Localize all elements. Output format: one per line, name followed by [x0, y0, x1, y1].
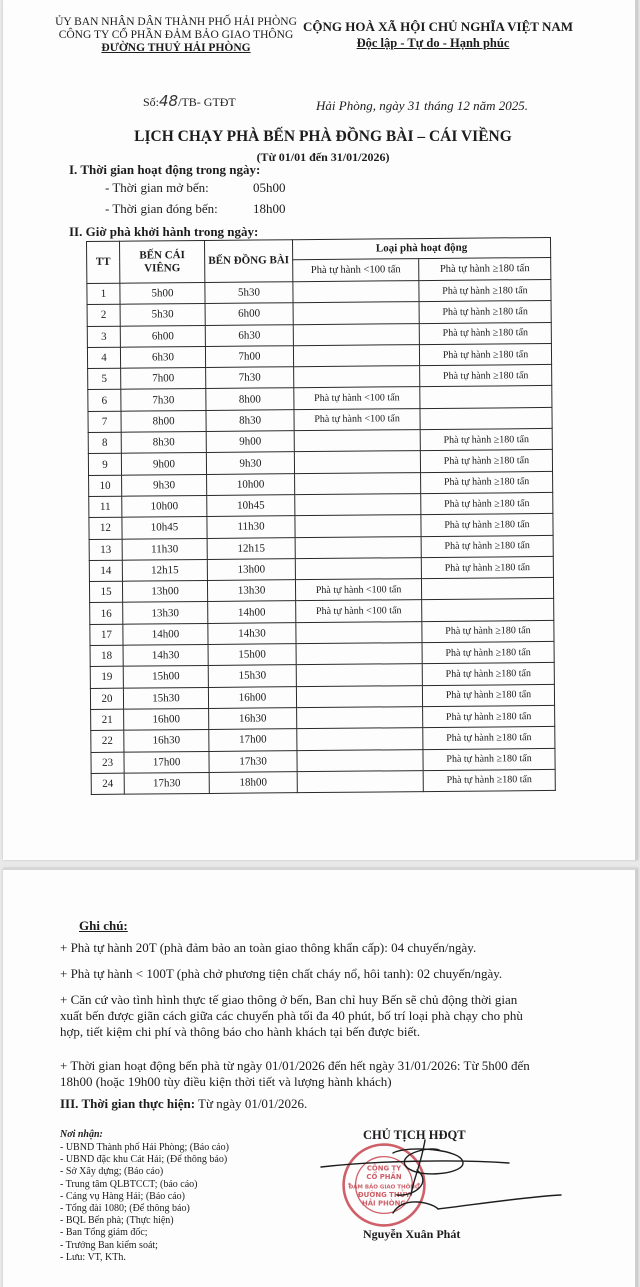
cell-tt: 24 — [91, 773, 124, 795]
document-page-2: Ghi chú: + Phà tự hành 20T (phà đảm bảo … — [3, 868, 638, 1287]
doc-no-label: Số: — [143, 95, 159, 109]
ferry-schedule-table: TT BẾN CÁI VIÊNG BẾN ĐỒNG BÀI Loại phà h… — [86, 237, 556, 795]
doc-no-value: 48 — [159, 92, 178, 110]
closing-time-label: - Thời gian đóng bến: — [105, 201, 218, 217]
cell-dong-bai: 6h30 — [205, 324, 293, 346]
cell-cai-vieng: 7h00 — [121, 368, 206, 390]
note-item: + Căn cứ vào tình hình thực tế giao thôn… — [60, 992, 540, 1040]
cell-type-over-180: Phà tự hành ≥180 tấn — [423, 705, 555, 727]
notes-heading: Ghi chú: — [79, 918, 128, 934]
nation-name: CỘNG HOÀ XÃ HỘI CHỦ NGHĨA VIỆT NAM — [303, 18, 563, 35]
cell-tt: 11 — [89, 496, 122, 518]
cell-type-over-180: Phà tự hành ≥180 tấn — [419, 322, 551, 344]
cell-type-under-100 — [293, 302, 419, 324]
cell-cai-vieng: 9h30 — [122, 474, 207, 496]
recipient-item: - Tổng đài 1080; (Để thông báo) — [60, 1203, 229, 1215]
cell-type-under-100 — [296, 685, 422, 707]
cell-dong-bai: 14h00 — [208, 601, 296, 623]
cell-type-over-180: Phà tự hành ≥180 tấn — [421, 556, 553, 578]
document-number: Số:48/TB- GTĐT — [143, 92, 236, 110]
cell-dong-bai: 14h30 — [208, 622, 296, 644]
cell-type-over-180: Phà tự hành ≥180 tấn — [421, 471, 553, 493]
cell-dong-bai: 18h00 — [209, 772, 297, 794]
cell-dong-bai: 5h30 — [205, 282, 293, 304]
cell-dong-bai: 16h30 — [209, 708, 297, 730]
cell-tt: 22 — [91, 730, 124, 752]
cell-type-under-100 — [296, 664, 422, 686]
cell-dong-bai: 15h00 — [208, 644, 296, 666]
cell-type-under-100 — [295, 557, 421, 579]
cell-cai-vieng: 6h00 — [120, 325, 205, 347]
cell-cai-vieng: 15h30 — [123, 687, 208, 709]
cell-cai-vieng: 10h00 — [122, 495, 207, 517]
col-header-tt: TT — [87, 241, 120, 283]
cell-cai-vieng: 6h30 — [120, 346, 205, 368]
cell-type-over-180: Phà tự hành ≥180 tấn — [422, 663, 554, 685]
cell-dong-bai: 9h30 — [206, 452, 294, 474]
cell-cai-vieng: 17h30 — [124, 772, 209, 794]
schedule-body: 15h005h30Phà tự hành ≥180 tấn25h306h00Ph… — [87, 279, 555, 794]
cell-dong-bai: 12h15 — [207, 537, 295, 559]
cell-type-under-100 — [296, 621, 422, 643]
cell-dong-bai: 15h30 — [208, 665, 296, 687]
cell-tt: 13 — [89, 539, 122, 561]
cell-type-under-100 — [295, 472, 421, 494]
cell-type-over-180 — [420, 407, 552, 429]
doc-no-suffix: /TB- GTĐT — [178, 95, 236, 109]
cell-type-under-100 — [297, 707, 423, 729]
cell-tt: 16 — [90, 603, 123, 625]
cell-type-under-100: Phà tự hành <100 tấn — [295, 579, 421, 601]
note-item: + Thời gian hoạt động bến phà từ ngày 01… — [60, 1058, 540, 1090]
cell-type-under-100 — [293, 281, 419, 303]
cell-type-over-180 — [421, 578, 553, 600]
cell-tt: 5 — [88, 368, 121, 390]
cell-tt: 17 — [90, 624, 123, 646]
cell-tt: 8 — [88, 432, 121, 454]
cell-cai-vieng: 10h45 — [122, 517, 207, 539]
cell-cai-vieng: 8h30 — [121, 432, 206, 454]
cell-type-over-180: Phà tự hành ≥180 tấn — [420, 365, 552, 387]
cell-cai-vieng: 11h30 — [122, 538, 207, 560]
recipients-heading: Nơi nhận: — [60, 1129, 103, 1140]
cell-dong-bai: 16h00 — [208, 686, 296, 708]
cell-type-under-100: Phà tự hành <100 tấn — [294, 387, 420, 409]
cell-tt: 18 — [90, 645, 123, 667]
col-header-type-over-180: Phà tự hành ≥180 tấn — [419, 257, 551, 280]
recipient-item: - Trung tâm QLBTCCT; (báo cáo) — [60, 1179, 229, 1191]
cell-type-under-100 — [295, 494, 421, 516]
col-header-ferry-type-group: Loại phà hoạt động — [292, 237, 550, 259]
recipient-item: - Sở Xây dựng; (Báo cáo) — [60, 1166, 229, 1178]
cell-type-over-180: Phà tự hành ≥180 tấn — [423, 727, 555, 749]
cell-type-under-100 — [297, 770, 423, 792]
section-3-text: Từ ngày 01/01/2026. — [195, 1096, 307, 1111]
cell-tt: 14 — [89, 560, 122, 582]
signatory-name: Nguyễn Xuân Phát — [363, 1227, 460, 1242]
cell-type-under-100 — [294, 366, 420, 388]
cell-type-over-180: Phà tự hành ≥180 tấn — [423, 748, 555, 770]
date-line: Hải Phòng, ngày 31 tháng 12 năm 2025. — [316, 98, 528, 114]
cell-cai-vieng: 14h30 — [123, 644, 208, 666]
cell-dong-bai: 8h00 — [206, 388, 294, 410]
cell-type-under-100: Phà tự hành <100 tấn — [296, 600, 422, 622]
cell-tt: 1 — [87, 283, 120, 305]
document-title: LỊCH CHẠY PHÀ BẾN PHÀ ĐỒNG BÀI – CÁI VIỀ… — [3, 128, 640, 146]
cell-cai-vieng: 12h15 — [122, 559, 207, 581]
cell-cai-vieng: 8h00 — [121, 410, 206, 432]
cell-type-under-100 — [297, 728, 423, 750]
cell-tt: 20 — [90, 688, 123, 710]
cell-type-under-100 — [295, 515, 421, 537]
cell-dong-bai: 7h00 — [205, 346, 293, 368]
cell-tt: 2 — [87, 305, 120, 327]
col-header-cai-vieng: BẾN CÁI VIÊNG — [120, 240, 205, 283]
national-header: CỘNG HOÀ XÃ HỘI CHỦ NGHĨA VIỆT NAM Độc l… — [303, 18, 563, 52]
cell-type-over-180: Phà tự hành ≥180 tấn — [419, 279, 551, 301]
cell-type-under-100 — [293, 344, 419, 366]
note-item: + Phà tự hành < 100T (phà chở phương tiệ… — [60, 966, 540, 982]
cell-cai-vieng: 7h30 — [121, 389, 206, 411]
note-item: + Phà tự hành 20T (phà đảm bảo an toàn g… — [60, 940, 540, 956]
issuing-organization: ỦY BAN NHÂN DÂN THÀNH PHỐ HẢI PHÒNG CÔNG… — [51, 16, 301, 55]
section-3-heading: III. Thời gian thực hiện: — [60, 1096, 195, 1111]
cell-dong-bai: 13h30 — [207, 580, 295, 602]
cell-type-over-180: Phà tự hành ≥180 tấn — [421, 535, 553, 557]
closing-time-value: 18h00 — [253, 201, 286, 217]
cell-type-under-100 — [296, 643, 422, 665]
cell-dong-bai: 17h00 — [209, 729, 297, 751]
col-header-type-under-100: Phà tự hành <100 tấn — [293, 259, 419, 282]
cell-type-over-180: Phà tự hành ≥180 tấn — [419, 343, 551, 365]
cell-cai-vieng: 13h00 — [122, 581, 207, 603]
handwritten-signature-icon — [313, 1135, 563, 1235]
national-motto: Độc lập - Tự do - Hạnh phúc — [303, 35, 563, 52]
cell-tt: 4 — [87, 347, 120, 369]
opening-time-value: 05h00 — [253, 180, 286, 196]
cell-type-over-180 — [420, 386, 552, 408]
section-1-heading: I. Thời gian hoạt động trong ngày: — [69, 162, 260, 178]
cell-tt: 9 — [88, 454, 121, 476]
cell-type-over-180: Phà tự hành ≥180 tấn — [421, 514, 553, 536]
cell-type-over-180: Phà tự hành ≥180 tấn — [422, 684, 554, 706]
cell-tt: 3 — [87, 326, 120, 348]
cell-tt: 12 — [89, 517, 122, 539]
document-page-1: ỦY BAN NHÂN DÂN THÀNH PHỐ HẢI PHÒNG CÔNG… — [3, 0, 638, 860]
cell-dong-bai: 10h45 — [207, 495, 295, 517]
recipient-item: - BQL Bến phà; (Thực hiện) — [60, 1215, 229, 1227]
col-header-dong-bai: BẾN ĐỒNG BÀI — [204, 240, 292, 283]
cell-type-over-180: Phà tự hành ≥180 tấn — [423, 769, 555, 791]
org-line-2: CÔNG TY CỔ PHẦN ĐẢM BẢO GIAO THÔNG — [51, 29, 301, 42]
cell-type-under-100 — [293, 323, 419, 345]
recipient-item: - Trưởng Ban kiểm soát; — [60, 1240, 229, 1252]
org-line-3: ĐƯỜNG THUỶ HẢI PHÒNG — [51, 42, 301, 55]
cell-cai-vieng: 5h00 — [120, 282, 205, 304]
cell-dong-bai: 11h30 — [207, 516, 295, 538]
cell-cai-vieng: 17h00 — [124, 751, 209, 773]
org-line-1: ỦY BAN NHÂN DÂN THÀNH PHỐ HẢI PHÒNG — [51, 16, 301, 29]
cell-dong-bai: 17h30 — [209, 750, 297, 772]
cell-tt: 15 — [89, 581, 122, 603]
cell-dong-bai: 13h00 — [207, 559, 295, 581]
opening-time-label: - Thời gian mở bến: — [105, 180, 209, 196]
cell-type-under-100 — [294, 430, 420, 452]
recipient-item: - Lưu: VT, KTh. — [60, 1252, 229, 1264]
cell-dong-bai: 6h00 — [205, 303, 293, 325]
cell-type-over-180: Phà tự hành ≥180 tấn — [422, 641, 554, 663]
recipient-item: - UBND đặc khu Cát Hải; (Để thông báo) — [60, 1154, 229, 1166]
cell-cai-vieng: 5h30 — [120, 304, 205, 326]
cell-tt: 19 — [90, 667, 123, 689]
cell-tt: 7 — [88, 411, 121, 433]
cell-type-over-180: Phà tự hành ≥180 tấn — [420, 450, 552, 472]
section-2-heading: II. Giờ phà khởi hành trong ngày: — [69, 224, 258, 240]
cell-dong-bai: 10h00 — [207, 473, 295, 495]
recipient-item: - UBND Thành phố Hải Phòng; (Báo cáo) — [60, 1142, 229, 1154]
cell-cai-vieng: 16h00 — [124, 708, 209, 730]
signatory-title: CHỦ TỊCH HĐQT — [363, 1128, 466, 1143]
cell-tt: 23 — [91, 752, 124, 774]
cell-cai-vieng: 16h30 — [124, 730, 209, 752]
recipient-item: - Cảng vụ Hàng Hải; (Báo cáo) — [60, 1191, 229, 1203]
cell-cai-vieng: 15h00 — [123, 666, 208, 688]
recipients-list: - UBND Thành phố Hải Phòng; (Báo cáo)- U… — [60, 1142, 229, 1264]
cell-type-over-180 — [422, 599, 554, 621]
cell-dong-bai: 8h30 — [206, 409, 294, 431]
cell-tt: 10 — [89, 475, 122, 497]
cell-tt: 21 — [91, 709, 124, 731]
cell-cai-vieng: 13h30 — [123, 602, 208, 624]
cell-tt: 6 — [88, 390, 121, 412]
recipient-item: - Ban Tổng giám đốc; — [60, 1227, 229, 1239]
cell-type-under-100 — [295, 536, 421, 558]
cell-type-under-100: Phà tự hành <100 tấn — [294, 408, 420, 430]
cell-type-over-180: Phà tự hành ≥180 tấn — [419, 301, 551, 323]
cell-cai-vieng: 14h00 — [123, 623, 208, 645]
cell-type-under-100 — [297, 749, 423, 771]
cell-type-over-180: Phà tự hành ≥180 tấn — [422, 620, 554, 642]
cell-type-under-100 — [294, 451, 420, 473]
cell-dong-bai: 9h00 — [206, 431, 294, 453]
section-3: III. Thời gian thực hiện: Từ ngày 01/01/… — [60, 1096, 307, 1112]
cell-type-over-180: Phà tự hành ≥180 tấn — [421, 492, 553, 514]
cell-type-over-180: Phà tự hành ≥180 tấn — [420, 429, 552, 451]
cell-cai-vieng: 9h00 — [121, 453, 206, 475]
table-row: 2417h3018h00Phà tự hành ≥180 tấn — [91, 769, 555, 794]
cell-dong-bai: 7h30 — [206, 367, 294, 389]
